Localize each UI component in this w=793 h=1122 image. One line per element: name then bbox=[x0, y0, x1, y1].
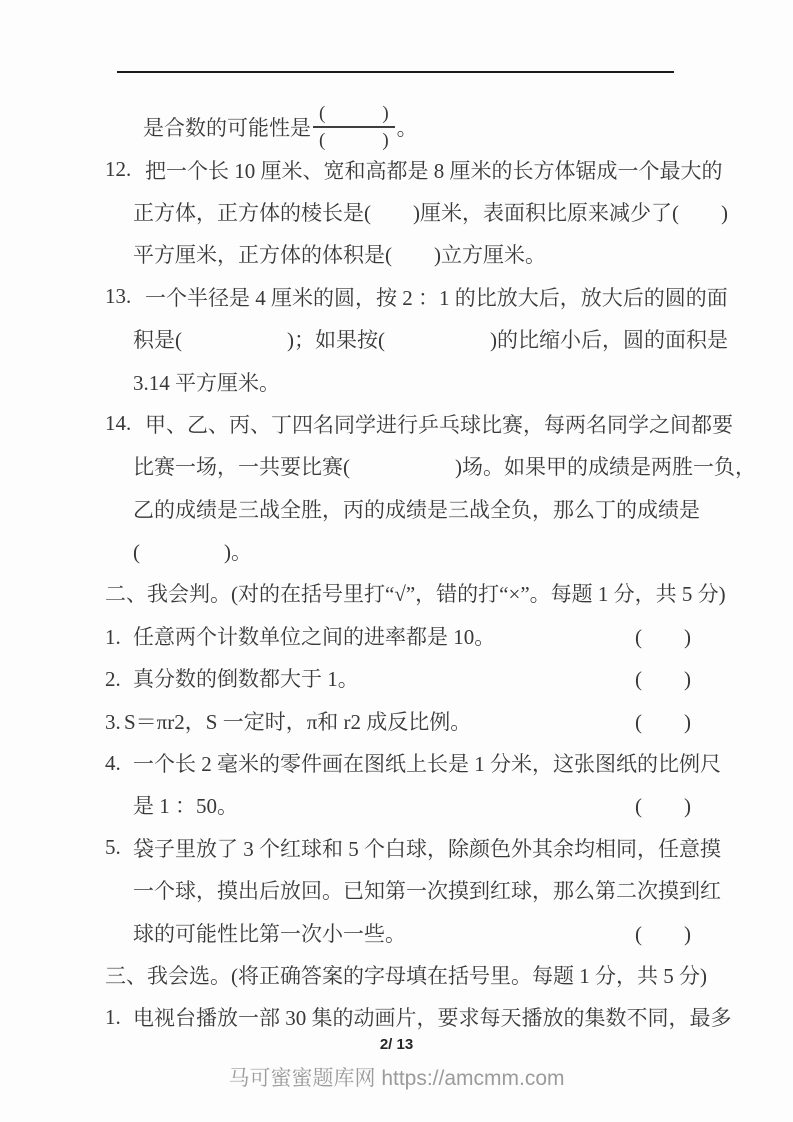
question-left: 3.S＝πr2，S 一定时，π和 r2 成反比例。 bbox=[105, 706, 471, 736]
fraction-denominator-blank: ( ) bbox=[313, 128, 395, 153]
answer-blank: ( ) bbox=[635, 706, 691, 736]
judge-question-2: 2.真分数的倒数都大于 1。 ( ) bbox=[105, 657, 691, 699]
question-number: 12. bbox=[105, 157, 145, 182]
fraction-blank: ( ) ( ) bbox=[313, 101, 395, 153]
judge-question-4-line-1: 4. 一个长 2 毫米的零件画在图纸上长是 1 分米，这张图纸的比例尺 bbox=[105, 742, 691, 784]
choice-question-1-line-1: 1. 电视台播放一部 30 集的动画片，要求每天播放的集数不同，最多 bbox=[105, 996, 691, 1038]
question-number: 4. bbox=[105, 751, 133, 776]
continuation-text: 是合数的可能性是 bbox=[143, 112, 311, 142]
section-3-header: 三、我会选。(将正确答案的字母填在括号里。每题 1 分，共 5 分) bbox=[105, 954, 691, 996]
question-14-line-4: ( )。 bbox=[105, 530, 691, 572]
question-12-line-1: 12. 把一个长 10 厘米、宽和高都是 8 厘米的长方体锯成一个最大的 bbox=[105, 148, 691, 190]
question-text: 一个半径是 4 厘米的圆，按 2 ：1 的比放大后，放大后的圆的面 bbox=[145, 282, 728, 312]
exam-page: 是合数的可能性是 ( ) ( ) 。 12. 把一个长 10 厘米、宽和高都是 … bbox=[0, 0, 793, 1122]
question-text: 积是( )；如果按( )的比缩小后，圆的面积是 bbox=[133, 324, 728, 354]
answer-blank: ( ) bbox=[635, 918, 691, 948]
section-2-header: 二、我会判。(对的在括号里打“√”，错的打“×”。每题 1 分，共 5 分) bbox=[105, 572, 691, 614]
question-number: 13. bbox=[105, 284, 145, 309]
question-13-line-1: 13. 一个半径是 4 厘米的圆，按 2 ：1 的比放大后，放大后的圆的面 bbox=[105, 276, 691, 318]
judge-question-5-line-1: 5. 袋子里放了 3 个红球和 5 个白球，除颜色外其余均相同，任意摸 bbox=[105, 827, 691, 869]
question-left: 1.任意两个计数单位之间的进率都是 10。 bbox=[105, 621, 495, 651]
question-text: 乙的成绩是三战全胜，丙的成绩是三战全负，那么丁的成绩是 bbox=[133, 494, 700, 524]
question-text: 真分数的倒数都大于 1。 bbox=[133, 667, 359, 691]
judge-question-4-line-2: 是 1 ：50。 ( ) bbox=[105, 784, 691, 826]
question-text: 平方厘米，正方体的体积是( )立方厘米。 bbox=[133, 239, 546, 269]
question-number: 14. bbox=[105, 411, 145, 436]
judge-question-5-line-3: 球的可能性比第一次小一些。 ( ) bbox=[105, 911, 691, 953]
question-12-line-3: 平方厘米，正方体的体积是( )立方厘米。 bbox=[105, 233, 691, 275]
question-text: 袋子里放了 3 个红球和 5 个白球，除颜色外其余均相同，任意摸 bbox=[133, 833, 721, 863]
question-number: 1. bbox=[105, 1005, 133, 1030]
question-text: 正方体，正方体的棱长是( )厘米，表面积比原来减少了( ) bbox=[133, 197, 728, 227]
question-text: 比赛一场，一共要比赛( )场。如果甲的成绩是两胜一负， bbox=[133, 451, 756, 481]
question-number: 5. bbox=[105, 835, 133, 860]
answer-blank: ( ) bbox=[635, 790, 691, 820]
answer-blank: ( )。 bbox=[133, 536, 252, 566]
question-number: 1. bbox=[105, 625, 133, 650]
question-number: 2. bbox=[105, 667, 133, 692]
question-text: 电视台播放一部 30 集的动画片，要求每天播放的集数不同，最多 bbox=[133, 1002, 732, 1032]
question-13-line-3: 3.14 平方厘米。 bbox=[105, 360, 691, 402]
question-number: 3. bbox=[105, 710, 124, 735]
section-title: 三、我会选。(将正确答案的字母填在括号里。每题 1 分，共 5 分) bbox=[105, 960, 707, 990]
question-14-line-2: 比赛一场，一共要比赛( )场。如果甲的成绩是两胜一负， bbox=[105, 445, 691, 487]
judge-question-1: 1.任意两个计数单位之间的进率都是 10。 ( ) bbox=[105, 615, 691, 657]
footer-site-text: 马可蜜蜜题库网 https://amcmm.com bbox=[0, 1062, 793, 1092]
header-divider-rule bbox=[117, 71, 674, 73]
judge-question-5-line-2: 一个球，摸出后放回。已知第一次摸到红球，那么第二次摸到红 bbox=[105, 869, 691, 911]
question-11-continuation-line: 是合数的可能性是 ( ) ( ) 。 bbox=[105, 106, 691, 148]
question-left: 2.真分数的倒数都大于 1。 bbox=[105, 663, 359, 693]
fraction-numerator-blank: ( ) bbox=[313, 101, 395, 128]
question-text: 一个长 2 毫米的零件画在图纸上长是 1 分米，这张图纸的比例尺 bbox=[133, 748, 721, 778]
continuation-period: 。 bbox=[397, 112, 418, 142]
question-text: 球的可能性比第一次小一些。 bbox=[105, 918, 406, 948]
answer-blank: ( ) bbox=[635, 621, 691, 651]
question-13-line-2: 积是( )；如果按( )的比缩小后，圆的面积是 bbox=[105, 318, 691, 360]
question-text: 把一个长 10 厘米、宽和高都是 8 厘米的长方体锯成一个最大的 bbox=[145, 155, 723, 185]
question-text: 一个球，摸出后放回。已知第一次摸到红球，那么第二次摸到红 bbox=[133, 875, 721, 905]
exam-content: 是合数的可能性是 ( ) ( ) 。 12. 把一个长 10 厘米、宽和高都是 … bbox=[105, 106, 691, 1039]
question-text: 是 1 ：50。 bbox=[105, 790, 238, 820]
question-text: 甲、乙、丙、丁四名同学进行乒乓球比赛，每两名同学之间都要 bbox=[145, 409, 733, 439]
question-14-line-1: 14. 甲、乙、丙、丁四名同学进行乒乓球比赛，每两名同学之间都要 bbox=[105, 403, 691, 445]
page-number: 2/ 13 bbox=[0, 1036, 793, 1053]
question-12-line-2: 正方体，正方体的棱长是( )厘米，表面积比原来减少了( ) bbox=[105, 191, 691, 233]
question-text: S＝πr2，S 一定时，π和 r2 成反比例。 bbox=[124, 710, 471, 734]
answer-blank: ( ) bbox=[635, 663, 691, 693]
question-text: 3.14 平方厘米。 bbox=[133, 367, 280, 397]
question-text: 任意两个计数单位之间的进率都是 10。 bbox=[133, 625, 495, 649]
section-title: 二、我会判。(对的在括号里打“√”，错的打“×”。每题 1 分，共 5 分) bbox=[105, 578, 726, 608]
judge-question-3: 3.S＝πr2，S 一定时，π和 r2 成反比例。 ( ) bbox=[105, 699, 691, 741]
question-14-line-3: 乙的成绩是三战全胜，丙的成绩是三战全负，那么丁的成绩是 bbox=[105, 488, 691, 530]
